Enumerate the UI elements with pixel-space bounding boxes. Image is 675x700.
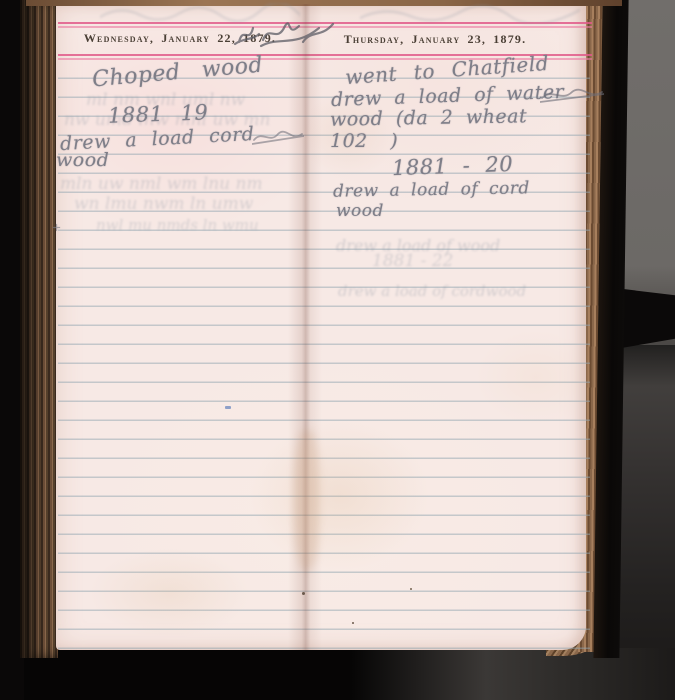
handwriting-line: 1881 - 20 — [392, 154, 514, 179]
speck — [410, 588, 412, 590]
handwriting-line: 102 ) — [330, 132, 398, 151]
stain — [476, 330, 596, 425]
book-bottom-shadow — [0, 648, 675, 700]
bleedthrough-line: nwl mu nmds ln wmu — [96, 218, 259, 233]
diary-scan: ml nm wnl uml nw nw umd lnw mnl uw mn ml… — [0, 0, 675, 700]
ghost-scribble — [360, 2, 580, 24]
right-page-header: Thursday, January 23, 1879. — [335, 32, 535, 47]
handwriting-line: wood — [56, 151, 109, 170]
handwriting-line: wood (da 2 wheat — [330, 107, 527, 129]
bleedthrough-line: mln uw nml wm lnu nm — [60, 176, 263, 193]
handwriting-line: drew a load of cord — [333, 180, 530, 200]
bleedthrough-line: drew a load of cordwood — [338, 284, 526, 299]
bleedthrough-line: 1881 - 22 — [372, 253, 453, 270]
speck — [352, 622, 354, 624]
stain — [250, 420, 430, 570]
stain — [294, 430, 320, 570]
speck — [302, 592, 305, 595]
handwriting-line: 1881 19 — [108, 102, 209, 126]
date-scribble — [233, 18, 338, 56]
bleedthrough-line: wn lmu nwm ln umw — [74, 196, 253, 213]
handwriting-line: wood — [336, 203, 384, 220]
pencil-mark: + — [52, 222, 62, 233]
pencil-scribble — [540, 86, 604, 106]
ink-fleck — [225, 406, 231, 409]
stain — [90, 548, 250, 638]
page-edges-left — [20, 0, 58, 658]
pencil-scribble — [252, 128, 304, 148]
